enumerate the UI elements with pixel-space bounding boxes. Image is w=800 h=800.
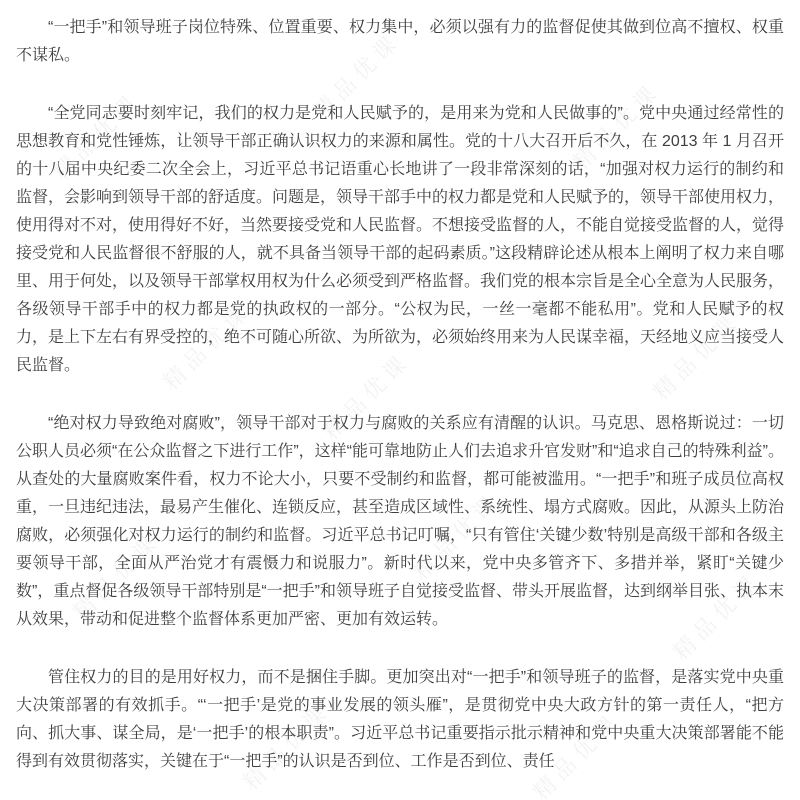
document-body: “一把手”和领导班子岗位特殊、位置重要、权力集中，必须以强有力的监督促使其做到位… xyxy=(0,0,800,776)
paragraph: “全党同志要时刻牢记，我们的权力是党和人民赋予的，是用来为党和人民做事的”。党中… xyxy=(16,100,784,380)
document-page: 精品优课精品优课精品优课精品优课精品优课精品优课精品优课精品优课精品优课精品优课… xyxy=(0,0,800,800)
paragraph: “绝对权力导致绝对腐败”，领导干部对于权力与腐败的关系应有清醒的认识。马克思、恩… xyxy=(16,410,784,634)
paragraph: 管住权力的目的是用好权力，而不是捆住手脚。更加突出对“一把手”和领导班子的监督，… xyxy=(16,664,784,776)
paragraph: “一把手”和领导班子岗位特殊、位置重要、权力集中，必须以强有力的监督促使其做到位… xyxy=(16,14,784,70)
